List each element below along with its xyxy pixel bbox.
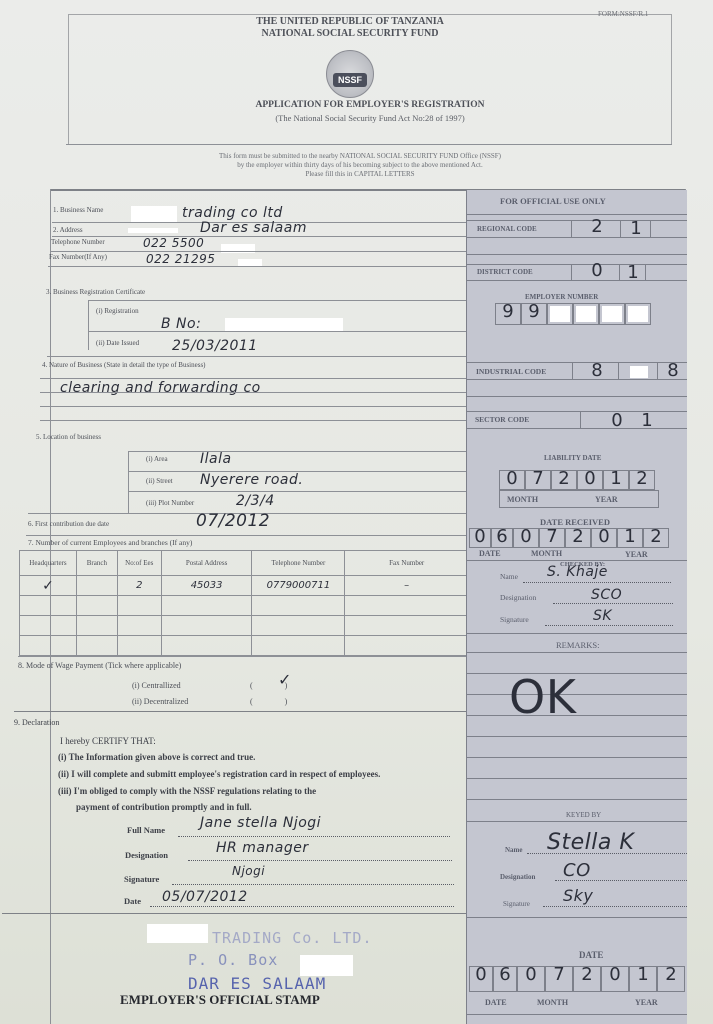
district-code-digit-1[interactable]: 0 [582, 260, 612, 281]
employees-cell[interactable] [76, 636, 117, 656]
liability-year-label: YEAR [595, 495, 618, 504]
plot-number-label: (iii) Plot Number [146, 499, 194, 507]
notice-line-3: Please fill this in CAPITAL LETTERS [60, 170, 660, 178]
declaration-intro: I hereby CERTIFY THAT: [60, 736, 156, 746]
registration-value[interactable]: B No: [161, 316, 201, 332]
checked-by-name-value[interactable]: S. Khaje [547, 564, 608, 580]
check-mark-icon: ✓ [278, 670, 291, 689]
country-title: THE UNITED REPUBLIC OF TANZANIA [150, 16, 550, 27]
first-contribution-value[interactable]: 07/2012 [196, 511, 270, 531]
address-label: 2. Address [53, 226, 83, 234]
declaration-item-3: (iii) I'm obliged to comply with the NSS… [58, 786, 316, 796]
stamp-line-3: DAR ES SALAAM [188, 974, 326, 993]
digit-value[interactable]: 9 [495, 301, 521, 322]
stamp-line-2: P. O. Box [188, 951, 278, 969]
redaction-box [628, 306, 648, 322]
location-label: 5. Location of business [36, 433, 101, 441]
employees-table-row: ✓2450330779000711– [20, 576, 469, 596]
employees-cell[interactable] [252, 596, 345, 616]
redaction-box [131, 206, 177, 223]
notice-line-2: by the employer within thirty days of hi… [60, 161, 660, 169]
business-name-label: 1. Business Name [53, 206, 103, 214]
digit-value[interactable]: 0 [601, 964, 629, 985]
wage-option-centralized-label: (i) Centrallized [132, 681, 181, 690]
employees-cell[interactable] [117, 616, 161, 636]
digit-value[interactable]: 1 [629, 964, 657, 985]
employees-cell[interactable] [161, 636, 252, 656]
redaction-box [128, 228, 178, 233]
employees-cell[interactable] [76, 616, 117, 636]
employees-cell[interactable] [345, 616, 469, 636]
declaration-item-1: (i) The Information given above is corre… [58, 752, 255, 762]
employees-table-row [20, 596, 469, 616]
employees-cell[interactable] [117, 596, 161, 616]
remarks-rule [467, 715, 687, 716]
employees-cell[interactable] [76, 596, 117, 616]
digit-value[interactable]: 2 [573, 964, 601, 985]
act-reference: (The National Social Security Fund Act N… [150, 113, 590, 123]
employees-cell[interactable] [252, 636, 345, 656]
regional-code-label: REGIONAL CODE [477, 225, 537, 233]
form-number: FORM:NSSF/R.1 [598, 10, 648, 18]
declaration-date-value[interactable]: 05/07/2012 [162, 889, 248, 905]
digit-value[interactable]: 7 [525, 468, 551, 489]
keyed-date-date-label: DATE [485, 998, 507, 1007]
employees-cell[interactable] [20, 616, 77, 636]
business-name-value[interactable]: trading co ltd [182, 205, 283, 221]
designation-value[interactable]: HR manager [216, 840, 309, 856]
checked-by-designation-value[interactable]: SCO [591, 587, 622, 603]
digit-value[interactable]: 2 [551, 468, 577, 489]
registration-label: (i) Registration [96, 307, 139, 315]
checked-by-signature-value[interactable]: SK [593, 608, 612, 624]
employees-cell[interactable] [20, 596, 77, 616]
date-label: Date [124, 896, 141, 906]
employees-cell[interactable] [20, 636, 77, 656]
official-use-title: FOR OFFICIAL USE ONLY [500, 196, 606, 206]
street-label: (ii) Street [146, 477, 173, 485]
wage-option-decentralized-checkbox[interactable]: ( ) [250, 697, 287, 706]
telephone-value[interactable]: 022 5500 [143, 236, 204, 250]
signature-label: Signature [124, 874, 159, 884]
stamp-line-1: TRADING Co. LTD. [212, 929, 373, 947]
employees-cell[interactable]: – [345, 576, 469, 596]
digit-value[interactable]: 1 [603, 468, 629, 489]
digit-value[interactable]: 0 [499, 468, 525, 489]
employees-cell[interactable] [252, 616, 345, 636]
employees-cell[interactable] [161, 616, 252, 636]
employees-header-row: HeadquartersBranchNo:of EesPostal Addres… [20, 551, 469, 576]
keyed-by-designation-label: Designation [500, 873, 535, 881]
employer-number-label: EMPLOYER NUMBER [525, 293, 598, 301]
redaction-box [300, 955, 353, 976]
digit-value[interactable]: 6 [491, 526, 513, 547]
checked-by-designation-label: Designation [500, 593, 536, 602]
digit-value[interactable]: 0 [517, 964, 545, 985]
liability-month-label: MONTH [507, 495, 538, 504]
digit-value[interactable]: 7 [539, 526, 565, 547]
address-value[interactable]: Dar es salaam [200, 220, 307, 236]
fax-label: Fax Number(If Any) [49, 253, 107, 261]
employees-cell[interactable] [117, 636, 161, 656]
remarks-rule [467, 694, 687, 695]
digit-value[interactable]: 2 [565, 526, 591, 547]
date-received-date-label: DATE [479, 549, 501, 558]
signature-value[interactable]: Njogi [232, 864, 265, 878]
declaration-item-2: (ii) I will complete and submitt employe… [58, 769, 380, 779]
nssf-logo-text: NSSF [333, 73, 367, 87]
keyed-date-month-label: MONTH [537, 998, 568, 1007]
date-received-month-label: MONTH [531, 549, 562, 558]
digit-value[interactable]: 0 [577, 468, 603, 489]
keyed-date-label: DATE [579, 950, 603, 960]
regional-code-digit-2[interactable]: 1 [624, 218, 648, 239]
redaction-box [147, 924, 208, 943]
sector-code-label: SECTOR CODE [475, 415, 529, 424]
designation-label: Designation [125, 850, 168, 860]
remarks-rule [467, 736, 687, 737]
redaction-box [602, 306, 622, 322]
district-code-label: DISTRICT CODE [477, 268, 533, 276]
employer-stamp-caption: EMPLOYER'S OFFICIAL STAMP [120, 992, 320, 1008]
keyed-date-year-label: YEAR [635, 998, 658, 1007]
date-issued-label: (ii) Date Issued [96, 339, 139, 347]
fax-value[interactable]: 022 21295 [146, 252, 215, 266]
area-label: (i) Area [146, 455, 168, 463]
digit-value[interactable]: 0 [513, 526, 539, 547]
remarks-rule [467, 673, 687, 674]
employees-cell[interactable]: 45033 [161, 576, 252, 596]
declaration-item-3-cont: payment of contribution promptly and in … [76, 802, 252, 812]
digit-value[interactable]: 2 [657, 964, 685, 985]
nature-of-business-label: 4. Nature of Business (State in detail t… [42, 361, 206, 369]
redaction-box [576, 306, 596, 322]
employees-cell[interactable] [76, 576, 117, 596]
employees-cell[interactable]: ✓ [20, 576, 77, 596]
keyed-by-name-label: Name [505, 846, 523, 854]
digit-value[interactable]: 6 [493, 964, 517, 985]
digit-value[interactable]: 0 [469, 964, 493, 985]
redaction-box [225, 318, 343, 331]
remarks-rule [467, 757, 687, 758]
redaction-box [550, 306, 570, 322]
digit-value[interactable]: 7 [545, 964, 573, 985]
industrial-code-label: INDUSTRIAL CODE [476, 367, 546, 376]
employees-cell[interactable] [345, 596, 469, 616]
checked-by-name-label: Name [500, 572, 518, 581]
industrial-code-digit-1[interactable]: 8 [582, 360, 612, 381]
employees-column-header: No:of Ees [117, 551, 161, 576]
redaction-box [630, 366, 648, 378]
employees-table-row [20, 636, 469, 656]
plot-number-value[interactable]: 2/3/4 [236, 493, 275, 509]
remarks-value[interactable]: OK [509, 670, 576, 724]
employees-cell[interactable] [161, 596, 252, 616]
employees-table: HeadquartersBranchNo:of EesPostal Addres… [19, 550, 469, 656]
employees-cell[interactable] [345, 636, 469, 656]
agency-title: NATIONAL SOCIAL SECURITY FUND [150, 28, 550, 39]
wage-option-decentralized-label: (ii) Decentralized [132, 697, 188, 706]
remarks-rule [467, 778, 687, 779]
employees-label: 7. Number of current Employees and branc… [28, 538, 192, 547]
date-issued-value[interactable]: 25/03/2011 [172, 338, 258, 354]
digit-value[interactable]: 2 [643, 526, 669, 547]
digit-value[interactable]: 2 [629, 468, 655, 489]
keyed-by-signature-value[interactable]: Sky [563, 886, 593, 905]
liability-date-label: LIABILITY DATE [544, 454, 601, 462]
official-use-panel: FOR OFFICIAL USE ONLY REGIONAL CODE 2 1 … [466, 190, 687, 1024]
remarks-rule [467, 799, 687, 800]
employees-cell[interactable]: 0779000711 [252, 576, 345, 596]
digit-value[interactable]: 9 [521, 301, 547, 322]
date-received-year-label: YEAR [625, 550, 648, 559]
registration-certificate-label: 3. Business Registration Certificate [46, 288, 145, 296]
keyed-by-signature-label: Signature [503, 900, 530, 908]
full-name-label: Full Name [127, 825, 165, 835]
telephone-label: Telephone Number [51, 238, 105, 246]
digit-value[interactable]: 1 [617, 526, 643, 547]
nature-of-business-value[interactable]: clearing and forwarding co [60, 380, 261, 396]
digit-value[interactable]: 0 [469, 526, 491, 547]
remarks-label: REMARKS: [556, 640, 599, 650]
declaration-label: 9. Declaration [14, 718, 59, 727]
remarks-rule [467, 652, 687, 653]
employees-table-row [20, 616, 469, 636]
keyed-by-designation-value[interactable]: CO [563, 860, 591, 881]
area-value[interactable]: Ilala [200, 451, 232, 467]
employees-cell[interactable]: 2 [117, 576, 161, 596]
first-contribution-label: 6. First contribution due date [28, 520, 109, 528]
keyed-by-name-value[interactable]: Stella K [547, 830, 634, 855]
regional-code-digit-1[interactable]: 2 [582, 216, 612, 237]
industrial-code-digit-3[interactable]: 8 [662, 360, 684, 381]
notice-line-1: This form must be submitted to the nearb… [60, 152, 660, 160]
keyed-by-label: KEYED BY [566, 811, 601, 819]
wage-payment-label: 8. Mode of Wage Payment (Tick where appl… [18, 661, 181, 670]
employees-column-header: Telephone Number [252, 551, 345, 576]
employees-column-header: Headquarters [20, 551, 77, 576]
nssf-logo: NSSF [326, 50, 374, 98]
checked-by-signature-label: Signature [500, 615, 529, 624]
form-title: APPLICATION FOR EMPLOYER'S REGISTRATION [150, 100, 590, 110]
street-value[interactable]: Nyerere road. [200, 472, 303, 488]
digit-value[interactable]: 0 [591, 526, 617, 547]
employees-column-header: Branch [76, 551, 117, 576]
employees-column-header: Fax Number [345, 551, 469, 576]
employees-column-header: Postal Address [161, 551, 252, 576]
full-name-value[interactable]: Jane stella Njogi [200, 815, 321, 831]
